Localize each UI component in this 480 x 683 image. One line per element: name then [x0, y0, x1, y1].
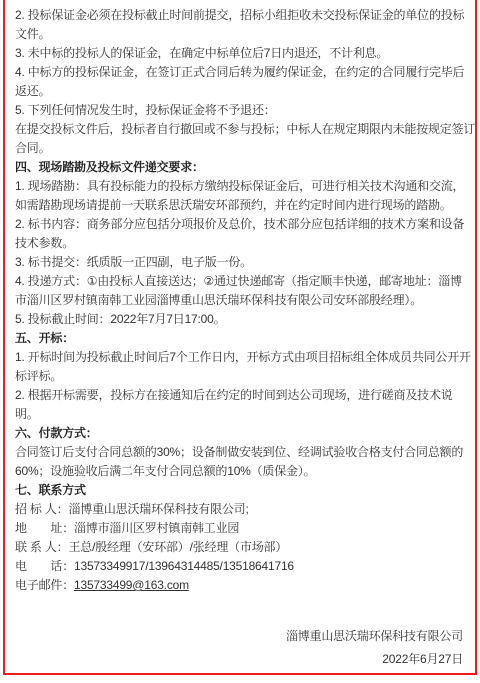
contact-tenderer-line: 招 标 人：淄博重山思沃瑞环保科技有限公司; [15, 500, 466, 519]
section-heading-site-survey: 四、现场踏勘及投标文件递交要求： [15, 158, 466, 177]
text-line: 3. 未中标的投标人的保证金，在确定中标单位后7日内退还，不计利息。 [15, 44, 466, 63]
text-line: 合同。 [15, 139, 466, 158]
text-line: 返还。 [15, 82, 466, 101]
signature-date: 2022年6月27日 [15, 648, 466, 671]
text-line: 4. 中标方的投标保证金，在签订正式合同后转为履约保证金，在约定的合同履行完毕后 [15, 63, 466, 82]
email-link[interactable]: 135733499@163.com [74, 578, 189, 592]
contact-email-line: 电子邮件：135733499@163.com [15, 576, 466, 595]
text-line: 市淄川区罗村镇南韩工业园淄博重山思沃瑞环保科技有限公司安环部殷经理）。 [15, 291, 466, 310]
email-label: 电子邮件： [15, 578, 74, 592]
text-line: 5. 下列任何情况发生时，投标保证金将不予退还： [15, 101, 466, 120]
contact-phone-line: 电 话：13573349917/13964314485/13518641716 [15, 557, 466, 576]
text-line: 60%；设施验收后满二年支付合同总额的10%（质保金）。 [15, 462, 466, 481]
text-line: 标评标。 [15, 367, 466, 386]
document-page: 2. 投标保证金必须在投标截止时间前提交，招标小组拒收未交投标保证金的单位的投标… [3, 0, 477, 675]
text-line: 4. 投递方式：①由投标人直接送达；②通过快递邮寄（指定顺丰快递，邮寄地址：淄博 [15, 272, 466, 291]
text-line: 合同签订后支付合同总额的30%；设备制做安装到位、经调试验收合格支付合同总额的 [15, 443, 466, 462]
text-line: 2. 根据开标需要，投标方在接通知后在约定的时间到达公司现场，进行磋商及技术说 [15, 386, 466, 405]
text-line: 3. 标书提交：纸质版一正四副，电子版一份。 [15, 253, 466, 272]
section-heading-payment: 六、付款方式： [15, 424, 466, 443]
contact-person-line: 联 系 人：王总/殷经理（安环部）/张经理（市场部） [15, 538, 466, 557]
text-line: 如需踏勘现场请提前一天联系思沃瑞安环部预约，并在约定时间内进行现场的踏勘。 [15, 196, 466, 215]
contact-address-line: 地 址：淄博市淄川区罗村镇南韩工业园 [15, 519, 466, 538]
text-line: 技术参数。 [15, 234, 466, 253]
signature-company: 淄博重山思沃瑞环保科技有限公司 [15, 625, 466, 648]
text-line: 5. 投标截止时间：2022年7月7日17:00。 [15, 310, 466, 329]
text-line: 明。 [15, 405, 466, 424]
section-heading-bid-opening: 五、开标： [15, 329, 466, 348]
text-line: 1. 开标时间为投标截止时间后7个工作日内，开标方式由项目招标组全体成员共同公开… [15, 348, 466, 367]
text-line: 文件。 [15, 25, 466, 44]
text-line: 1. 现场踏勘：具有投标能力的投标方缴纳投标保证金后，可进行相关技术沟通和交流， [15, 177, 466, 196]
blank-space [15, 595, 466, 625]
text-line: 2. 标书内容：商务部分应包括分项报价及总价，技术部分应包括详细的技术方案和设备 [15, 215, 466, 234]
text-line: 在提交投标文件后，投标者自行撤回或不参与投标；中标人在规定期限内未能按规定签订 [15, 120, 466, 139]
text-line: 2. 投标保证金必须在投标截止时间前提交，招标小组拒收未交投标保证金的单位的投标 [15, 6, 466, 25]
section-heading-contact: 七、联系方式 [15, 481, 466, 500]
